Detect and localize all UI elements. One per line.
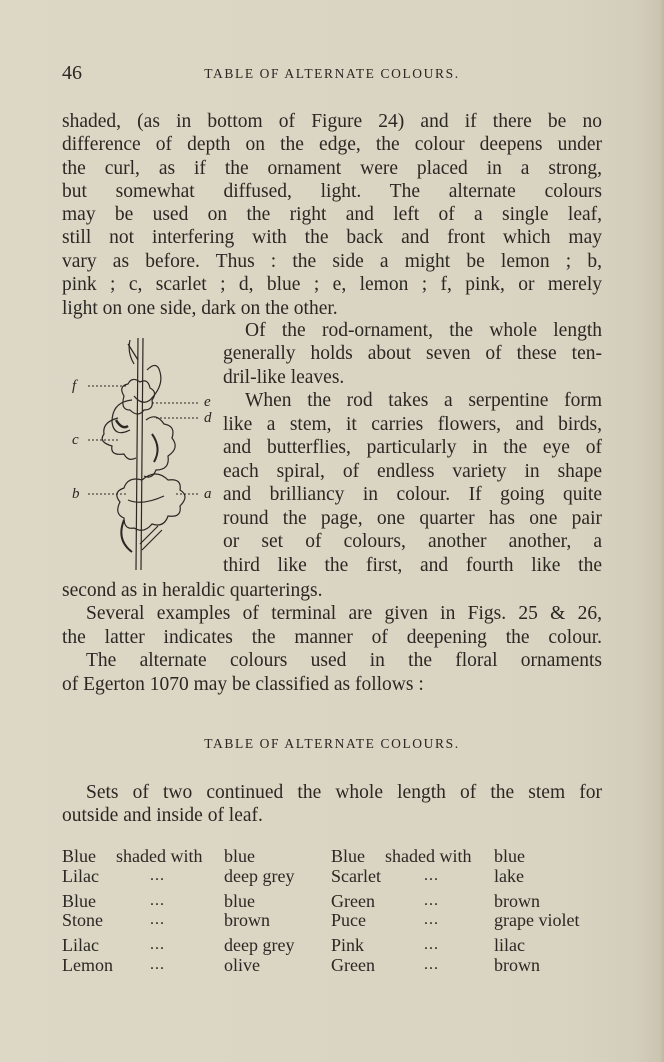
text-line: and butterflies, particularly in the eye… bbox=[223, 436, 602, 460]
figure-label-c: c bbox=[72, 430, 79, 450]
table-cell-sep: ... bbox=[424, 866, 439, 886]
text-line: of Egerton 1070 may be classified as fol… bbox=[62, 673, 602, 697]
table-cell-shade: lilac bbox=[494, 935, 525, 955]
table-cell-colour: Pink bbox=[331, 935, 364, 955]
text-line: Of the rod-ornament, the whole length bbox=[245, 319, 602, 343]
running-title: TABLE OF ALTERNATE COLOURS. bbox=[62, 66, 602, 82]
text-line: vary as before. Thus : the side a might … bbox=[62, 250, 602, 274]
running-header: 46 TABLE OF ALTERNATE COLOURS. bbox=[62, 62, 602, 86]
table-cell-sep: shaded with bbox=[116, 846, 202, 866]
text-line: still not interfering with the back and … bbox=[62, 226, 602, 250]
text-line: generally holds about seven of these ten… bbox=[223, 342, 602, 366]
table-cell-shade: olive bbox=[224, 955, 260, 975]
table-title: TABLE OF ALTERNATE COLOURS. bbox=[62, 736, 602, 752]
table-cell-sep: ... bbox=[150, 866, 165, 886]
table-cell-shade: deep grey bbox=[224, 935, 294, 955]
table-cell-colour: Stone bbox=[62, 910, 103, 930]
text-line: the curl, as if the ornament were placed… bbox=[62, 157, 602, 181]
table-cell-shade: lake bbox=[494, 866, 524, 886]
figure-label-a: a bbox=[204, 484, 212, 504]
table-cell-colour: Puce bbox=[331, 910, 366, 930]
text-line: or set of colours, another another, a bbox=[223, 530, 602, 554]
table-cell-shade: brown bbox=[494, 955, 540, 975]
text-line: third like the first, and fourth like th… bbox=[223, 554, 602, 578]
table-cell-colour: Lilac bbox=[62, 866, 99, 886]
table-intro-line: Sets of two continued the whole length o… bbox=[86, 781, 602, 805]
text-line: The alternate colours used in the floral… bbox=[86, 649, 602, 673]
figure-label-d: d bbox=[204, 408, 212, 428]
table-cell-colour: Blue bbox=[62, 846, 96, 866]
table-cell-sep: ... bbox=[424, 955, 439, 975]
table-cell-colour: Blue bbox=[62, 891, 96, 911]
table-cell-shade: deep grey bbox=[224, 866, 294, 886]
table-intro-line: outside and inside of leaf. bbox=[62, 804, 602, 828]
text-line: second as in heraldic quarterings. bbox=[62, 579, 602, 603]
text-line: round the page, one quarter has one pair bbox=[223, 507, 602, 531]
text-line: pink ; c, scarlet ; d, blue ; e, lemon ;… bbox=[62, 273, 602, 297]
table-cell-sep: ... bbox=[150, 955, 165, 975]
text-line: Several examples of terminal are given i… bbox=[86, 602, 602, 626]
text-line: may be used on the right and left of a s… bbox=[62, 203, 602, 227]
table-cell-shade: blue bbox=[224, 891, 255, 911]
table-cell-colour: Lilac bbox=[62, 935, 99, 955]
table-cell-shade: blue bbox=[494, 846, 525, 866]
text-line: and brilliancy in colour. If going quite bbox=[223, 483, 602, 507]
table-cell-colour: Blue bbox=[331, 846, 365, 866]
text-line: like a stem, it carries flowers, and bir… bbox=[223, 413, 602, 437]
text-line: dril-like leaves. bbox=[223, 366, 602, 390]
book-page: 46 TABLE OF ALTERNATE COLOURS. shaded, (… bbox=[0, 0, 664, 1062]
text-line: light on one side, dark on the other. bbox=[62, 297, 602, 321]
table-cell-sep: ... bbox=[424, 891, 439, 911]
leaf-ornament-illustration bbox=[72, 330, 217, 580]
table-cell-sep: ... bbox=[150, 935, 165, 955]
table-cell-colour: Lemon bbox=[62, 955, 113, 975]
text-line: When the rod takes a serpentine form bbox=[245, 389, 602, 413]
leaf-ornament-figure: f e d c b a bbox=[72, 330, 217, 580]
table-cell-shade: grape violet bbox=[494, 910, 579, 930]
text-line: the latter indicates the manner of deepe… bbox=[62, 626, 602, 650]
text-line: shaded, (as in bottom of Figure 24) and … bbox=[62, 110, 602, 134]
table-cell-colour: Green bbox=[331, 955, 375, 975]
table-cell-colour: Scarlet bbox=[331, 866, 381, 886]
table-cell-shade: blue bbox=[224, 846, 255, 866]
text-line: each spiral, of endless variety in shape bbox=[223, 460, 602, 484]
table-cell-sep: ... bbox=[150, 910, 165, 930]
table-cell-sep: shaded with bbox=[385, 846, 471, 866]
text-line: but somewhat diffused, light. The altern… bbox=[62, 180, 602, 204]
table-cell-sep: ... bbox=[150, 891, 165, 911]
figure-label-f: f bbox=[72, 376, 76, 396]
page-edge-shadow bbox=[658, 0, 664, 1062]
table-cell-colour: Green bbox=[331, 891, 375, 911]
table-cell-sep: ... bbox=[424, 910, 439, 930]
figure-label-b: b bbox=[72, 484, 80, 504]
text-line: difference of depth on the edge, the col… bbox=[62, 133, 602, 157]
table-cell-shade: brown bbox=[494, 891, 540, 911]
table-cell-sep: ... bbox=[424, 935, 439, 955]
table-cell-shade: brown bbox=[224, 910, 270, 930]
